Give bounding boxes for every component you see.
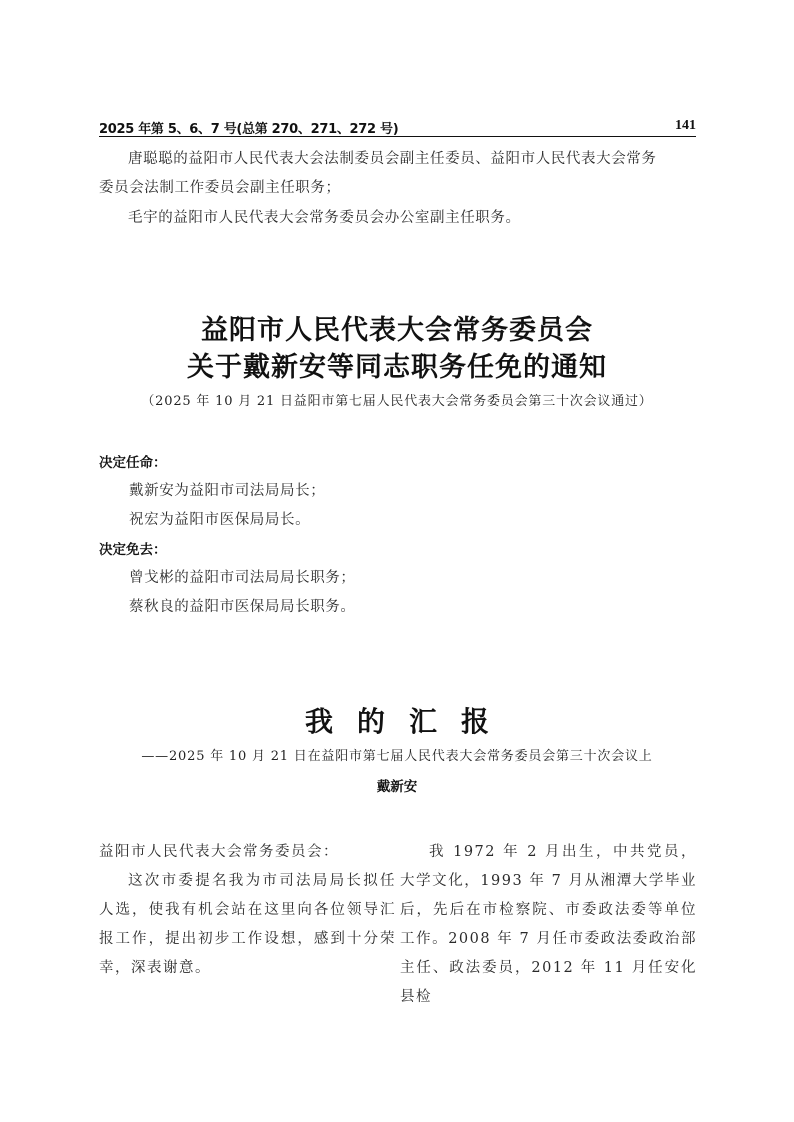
page-number: 141 — [675, 118, 696, 134]
running-header: 2025 年第 5、6、7 号(总第 270、271、272 号) 141 — [99, 116, 696, 137]
removal-item: 蔡秋良的益阳市医保局局长职务。 — [129, 595, 356, 616]
removal-item: 曾戈彬的益阳市司法局局长职务； — [129, 566, 356, 587]
notice-title-line-1: 益阳市人民代表大会常务委员会 — [0, 308, 794, 347]
report-subtitle: ——2025 年 10 月 21 日在益阳市第七届人民代表大会常务委员会第三十次… — [0, 745, 794, 764]
report-left-column: 益阳市人民代表大会常务委员会： 这次市委提名我为市司法局局长拟任人选，使我有机会… — [99, 838, 396, 983]
report-right-column: 我 1972 年 2 月出生，中共党员，大学文化，1993 年 7 月从湘潭大学… — [400, 838, 697, 1012]
appointment-item: 祝宏为益阳市医保局局长。 — [129, 508, 310, 529]
continuation-line-1: 唐聪聪的益阳市人民代表大会法制委员会副主任委员、益阳市人民代表大会常务 — [128, 151, 657, 167]
continuation-paragraph-1: 唐聪聪的益阳市人民代表大会法制委员会副主任委员、益阳市人民代表大会常务 — [99, 145, 699, 174]
issue-info: 2025 年第 5、6、7 号(总第 270、271、272 号) — [99, 118, 398, 137]
report-paragraph: 这次市委提名我为市司法局局长拟任人选，使我有机会站在这里向各位领导汇报工作，提出… — [99, 867, 396, 983]
remove-label: 决定免去： — [99, 538, 167, 558]
document-page: 2025 年第 5、6、7 号(总第 270、271、272 号) 141 唐聪… — [0, 0, 794, 1122]
continuation-line-2: 委员会法制工作委员会副主任职务； — [99, 180, 341, 196]
appointment-item: 戴新安为益阳市司法局局长； — [129, 479, 325, 500]
appoint-label: 决定任命： — [99, 451, 167, 471]
continuation-line-3: 毛宇的益阳市人民代表大会常务委员会办公室副主任职务。 — [128, 210, 521, 226]
report-author: 戴新安 — [0, 775, 794, 795]
notice-title-line-2: 关于戴新安等同志职务任免的通知 — [0, 345, 794, 384]
report-salutation: 益阳市人民代表大会常务委员会： — [99, 838, 396, 867]
notice-subtitle: （2025 年 10 月 21 日益阳市第七届人民代表大会常务委员会第三十次会议… — [0, 390, 794, 409]
continuation-paragraph-2: 毛宇的益阳市人民代表大会常务委员会办公室副主任职务。 — [99, 204, 699, 233]
report-paragraph: 我 1972 年 2 月出生，中共党员，大学文化，1993 年 7 月从湘潭大学… — [400, 838, 697, 1012]
report-title: 我的汇报 — [0, 700, 794, 740]
continuation-line-2-block: 委员会法制工作委员会副主任职务； — [99, 174, 699, 203]
